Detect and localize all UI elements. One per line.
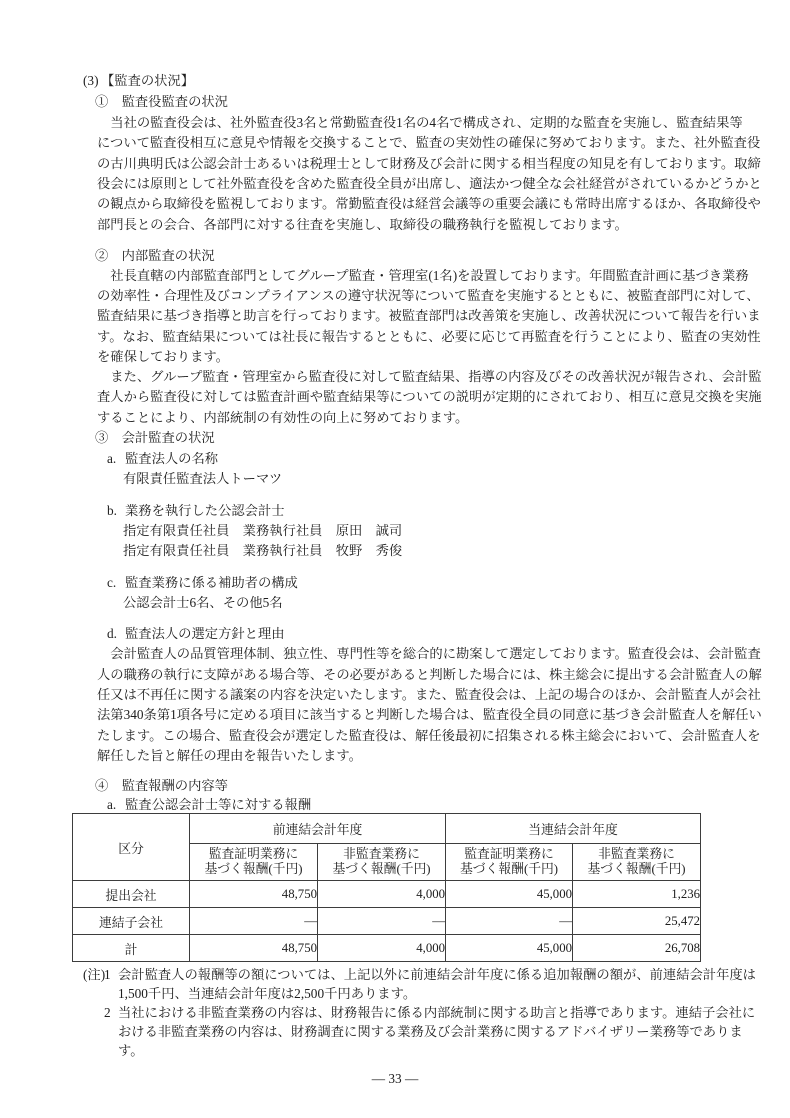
subheader-line: 非監査業務に	[573, 847, 700, 863]
item-d: d.監査法人の選定方針と理由	[107, 624, 285, 644]
note-number: 2	[104, 1003, 118, 1023]
item-c-label: c.	[107, 573, 123, 593]
table-subheader: 監査証明業務に 基づく報酬(千円)	[190, 844, 318, 881]
note-line: (注)1会計監査人の報酬等の額については、上記以外に前連結会計年度に係る追加報酬…	[83, 965, 756, 985]
item-b-title: 業務を執行した公認会計士	[125, 503, 285, 518]
audit-fee-table: 区分 前連結会計年度 当連結会計年度 監査証明業務に 基づく報酬(千円) 非監査…	[72, 813, 701, 962]
item-a-title: 監査法人の名称	[125, 451, 218, 466]
cell-value: 25,472	[573, 908, 701, 935]
item-b-label: b.	[107, 501, 123, 521]
table-row: 計 48,750 4,000 45,000 26,708	[73, 935, 701, 962]
paragraph-line: たします。この場合、監査役会が選定した監査役は、解任後最初に招集される株主総会に…	[97, 726, 761, 746]
cell-value: ―	[318, 908, 446, 935]
cell-value: ―	[446, 908, 573, 935]
paragraph-line: の観点から取締役を監視しております。常勤監査役は経営会議等の重要会議にも常時出席…	[97, 194, 761, 214]
cell-value: 4,000	[318, 935, 446, 962]
item-b: b.業務を執行した公認会計士	[107, 501, 285, 521]
paragraph-line: することにより、内部統制の有効性の向上に努めております。	[97, 408, 468, 428]
note-number: 1	[104, 965, 118, 985]
cell-value: 26,708	[573, 935, 701, 962]
subheader-line: 非監査業務に	[318, 847, 445, 863]
section-number: (3)	[83, 71, 99, 91]
paragraph-line: を確保しております。	[97, 347, 229, 367]
cell-value: 45,000	[446, 881, 573, 908]
table-header-kubun: 区分	[73, 814, 190, 881]
paragraph-line: 役会には原則として社外監査役を含めた監査役全員が出席し、適法かつ健全な会社経営が…	[97, 174, 762, 194]
subheader-line: 基づく報酬(千円)	[446, 862, 572, 878]
item-4a-title: 監査公認会計士等に対する報酬	[125, 797, 311, 812]
subheader-line: 基づく報酬(千円)	[318, 862, 445, 878]
cell-value: 45,000	[446, 935, 573, 962]
note-line: 2当社における非監査業務の内容は、財務報告に係る内部統制に関する助言と指導であり…	[104, 1003, 755, 1023]
subsection-1-title: ① 監査役監査の状況	[95, 92, 228, 112]
table-header-row-years: 区分 前連結会計年度 当連結会計年度	[73, 814, 701, 844]
note-line: す。	[118, 1041, 144, 1061]
item-c-content: 公認会計士6名、その他5名	[123, 593, 283, 613]
cell-value: 4,000	[318, 881, 446, 908]
item-4a-label: a.	[107, 795, 123, 815]
cell-value: 48,750	[190, 935, 318, 962]
item-4a: a.監査公認会計士等に対する報酬	[107, 795, 311, 815]
subheader-line: 基づく報酬(千円)	[190, 862, 317, 878]
paragraph-line: 法第340条第1項各号に定める項目に該当すると判断した場合は、監査役全員の同意に…	[97, 705, 762, 725]
section-title: 【監査の状況】	[101, 73, 194, 88]
item-d-label: d.	[107, 624, 123, 644]
table-header-curr-year: 当連結会計年度	[446, 814, 701, 844]
subsection-4-title: ④ 監査報酬の内容等	[95, 776, 228, 796]
note-text: 会計監査人の報酬等の額については、上記以外に前連結会計年度に係る追加報酬の額が、…	[118, 967, 756, 982]
table-header-prev-year: 前連結会計年度	[190, 814, 446, 844]
table-subheader: 非監査業務に 基づく報酬(千円)	[573, 844, 701, 881]
paragraph-line: 部門長との会合、各部門に対する往査を実施し、取締役の職務執行を監視しております。	[97, 215, 628, 235]
paragraph-line: 会計監査人の品質管理体制、独立性、専門性等を総合的に勘案して選定しております。監…	[97, 644, 761, 664]
paragraph-line: す。なお、監査結果については社長に報告するとともに、必要に応じて再監査を行うこと…	[97, 327, 761, 347]
page-number: ― 33 ―	[0, 1071, 790, 1087]
cell-value: 48,750	[190, 881, 318, 908]
paragraph-line: 人の職務の執行に支障がある場合等、その必要があると判断した場合には、株主総会に提…	[97, 665, 762, 685]
note-line: 1,500千円、当連結会計年度は2,500千円あります。	[118, 984, 416, 1004]
subsection-3-title: ③ 会計監査の状況	[95, 428, 215, 448]
subsection-2-title: ② 内部監査の状況	[95, 246, 215, 266]
note-text: 当社における非監査業務の内容は、財務報告に係る内部統制に関する助言と指導でありま…	[118, 1005, 755, 1020]
row-label: 提出会社	[73, 881, 190, 908]
item-b-line: 指定有限責任社員 業務執行社員 牧野 秀俊	[123, 541, 402, 561]
table-row: 連結子会社 ― ― ― 25,472	[73, 908, 701, 935]
paragraph-line: の古川典明氏は公認会計士あるいは税理士として財務及び会計に関する相当程度の知見を…	[97, 154, 761, 174]
cell-value: ―	[190, 908, 318, 935]
table-row: 提出会社 48,750 4,000 45,000 1,236	[73, 881, 701, 908]
item-b-line: 指定有限責任社員 業務執行社員 原田 誠司	[123, 521, 402, 541]
item-a-content: 有限責任監査法人トーマツ	[123, 469, 282, 489]
item-c-title: 監査業務に係る補助者の構成	[125, 575, 298, 590]
section-heading: (3)【監査の状況】	[83, 71, 194, 91]
note-line: おける非監査業務の内容は、財務調査に関する業務及び会計業務に関するアドバイザリー…	[118, 1022, 743, 1042]
row-label: 連結子会社	[73, 908, 190, 935]
paragraph-line: 査人から監査役に対しては監査計画や監査結果等についての説明が定期的にされており、…	[97, 387, 762, 407]
paragraph-line: 任又は不再任に関する議案の内容を決定いたします。また、監査役会は、上記の場合のほ…	[97, 685, 761, 705]
cell-value: 1,236	[573, 881, 701, 908]
document-page: (3)【監査の状況】 ① 監査役監査の状況 当社の監査役会は、社外監査役3名と常…	[0, 0, 790, 1118]
item-c: c.監査業務に係る補助者の構成	[107, 573, 298, 593]
paragraph-line: 当社の監査役会は、社外監査役3名と常勤監査役1名の4名で構成され、定期的な監査を…	[97, 113, 743, 133]
row-label: 計	[73, 935, 190, 962]
item-d-title: 監査法人の選定方針と理由	[125, 626, 285, 641]
paragraph-line: の効率性・合理性及びコンプライアンスの遵守状況等について監査を実施するとともに、…	[97, 286, 760, 306]
paragraph-line: について監査役相互に意見や情報を交換することで、監査の実効性の確保に努めておりま…	[97, 133, 760, 153]
subheader-line: 基づく報酬(千円)	[573, 862, 700, 878]
table-subheader: 非監査業務に 基づく報酬(千円)	[318, 844, 446, 881]
subheader-line: 監査証明業務に	[446, 847, 572, 863]
paragraph-line: また、グループ監査・管理室から監査役に対して監査結果、指導の内容及びその改善状況…	[97, 367, 762, 387]
subheader-line: 監査証明業務に	[190, 847, 317, 863]
paragraph-line: 解任した旨と解任の理由を報告いたします。	[97, 746, 362, 766]
paragraph-line: 監査結果に基づき指導と助言を行っております。被監査部門は改善策を実施し、改善状況…	[97, 306, 761, 326]
table-subheader: 監査証明業務に 基づく報酬(千円)	[446, 844, 573, 881]
paragraph-line: 社長直轄の内部監査部門としてグループ監査・管理室(1名)を設置しております。年間…	[97, 266, 749, 286]
item-a-label: a.	[107, 449, 123, 469]
note-mark: (注)	[83, 965, 104, 985]
item-a: a.監査法人の名称	[107, 449, 218, 469]
